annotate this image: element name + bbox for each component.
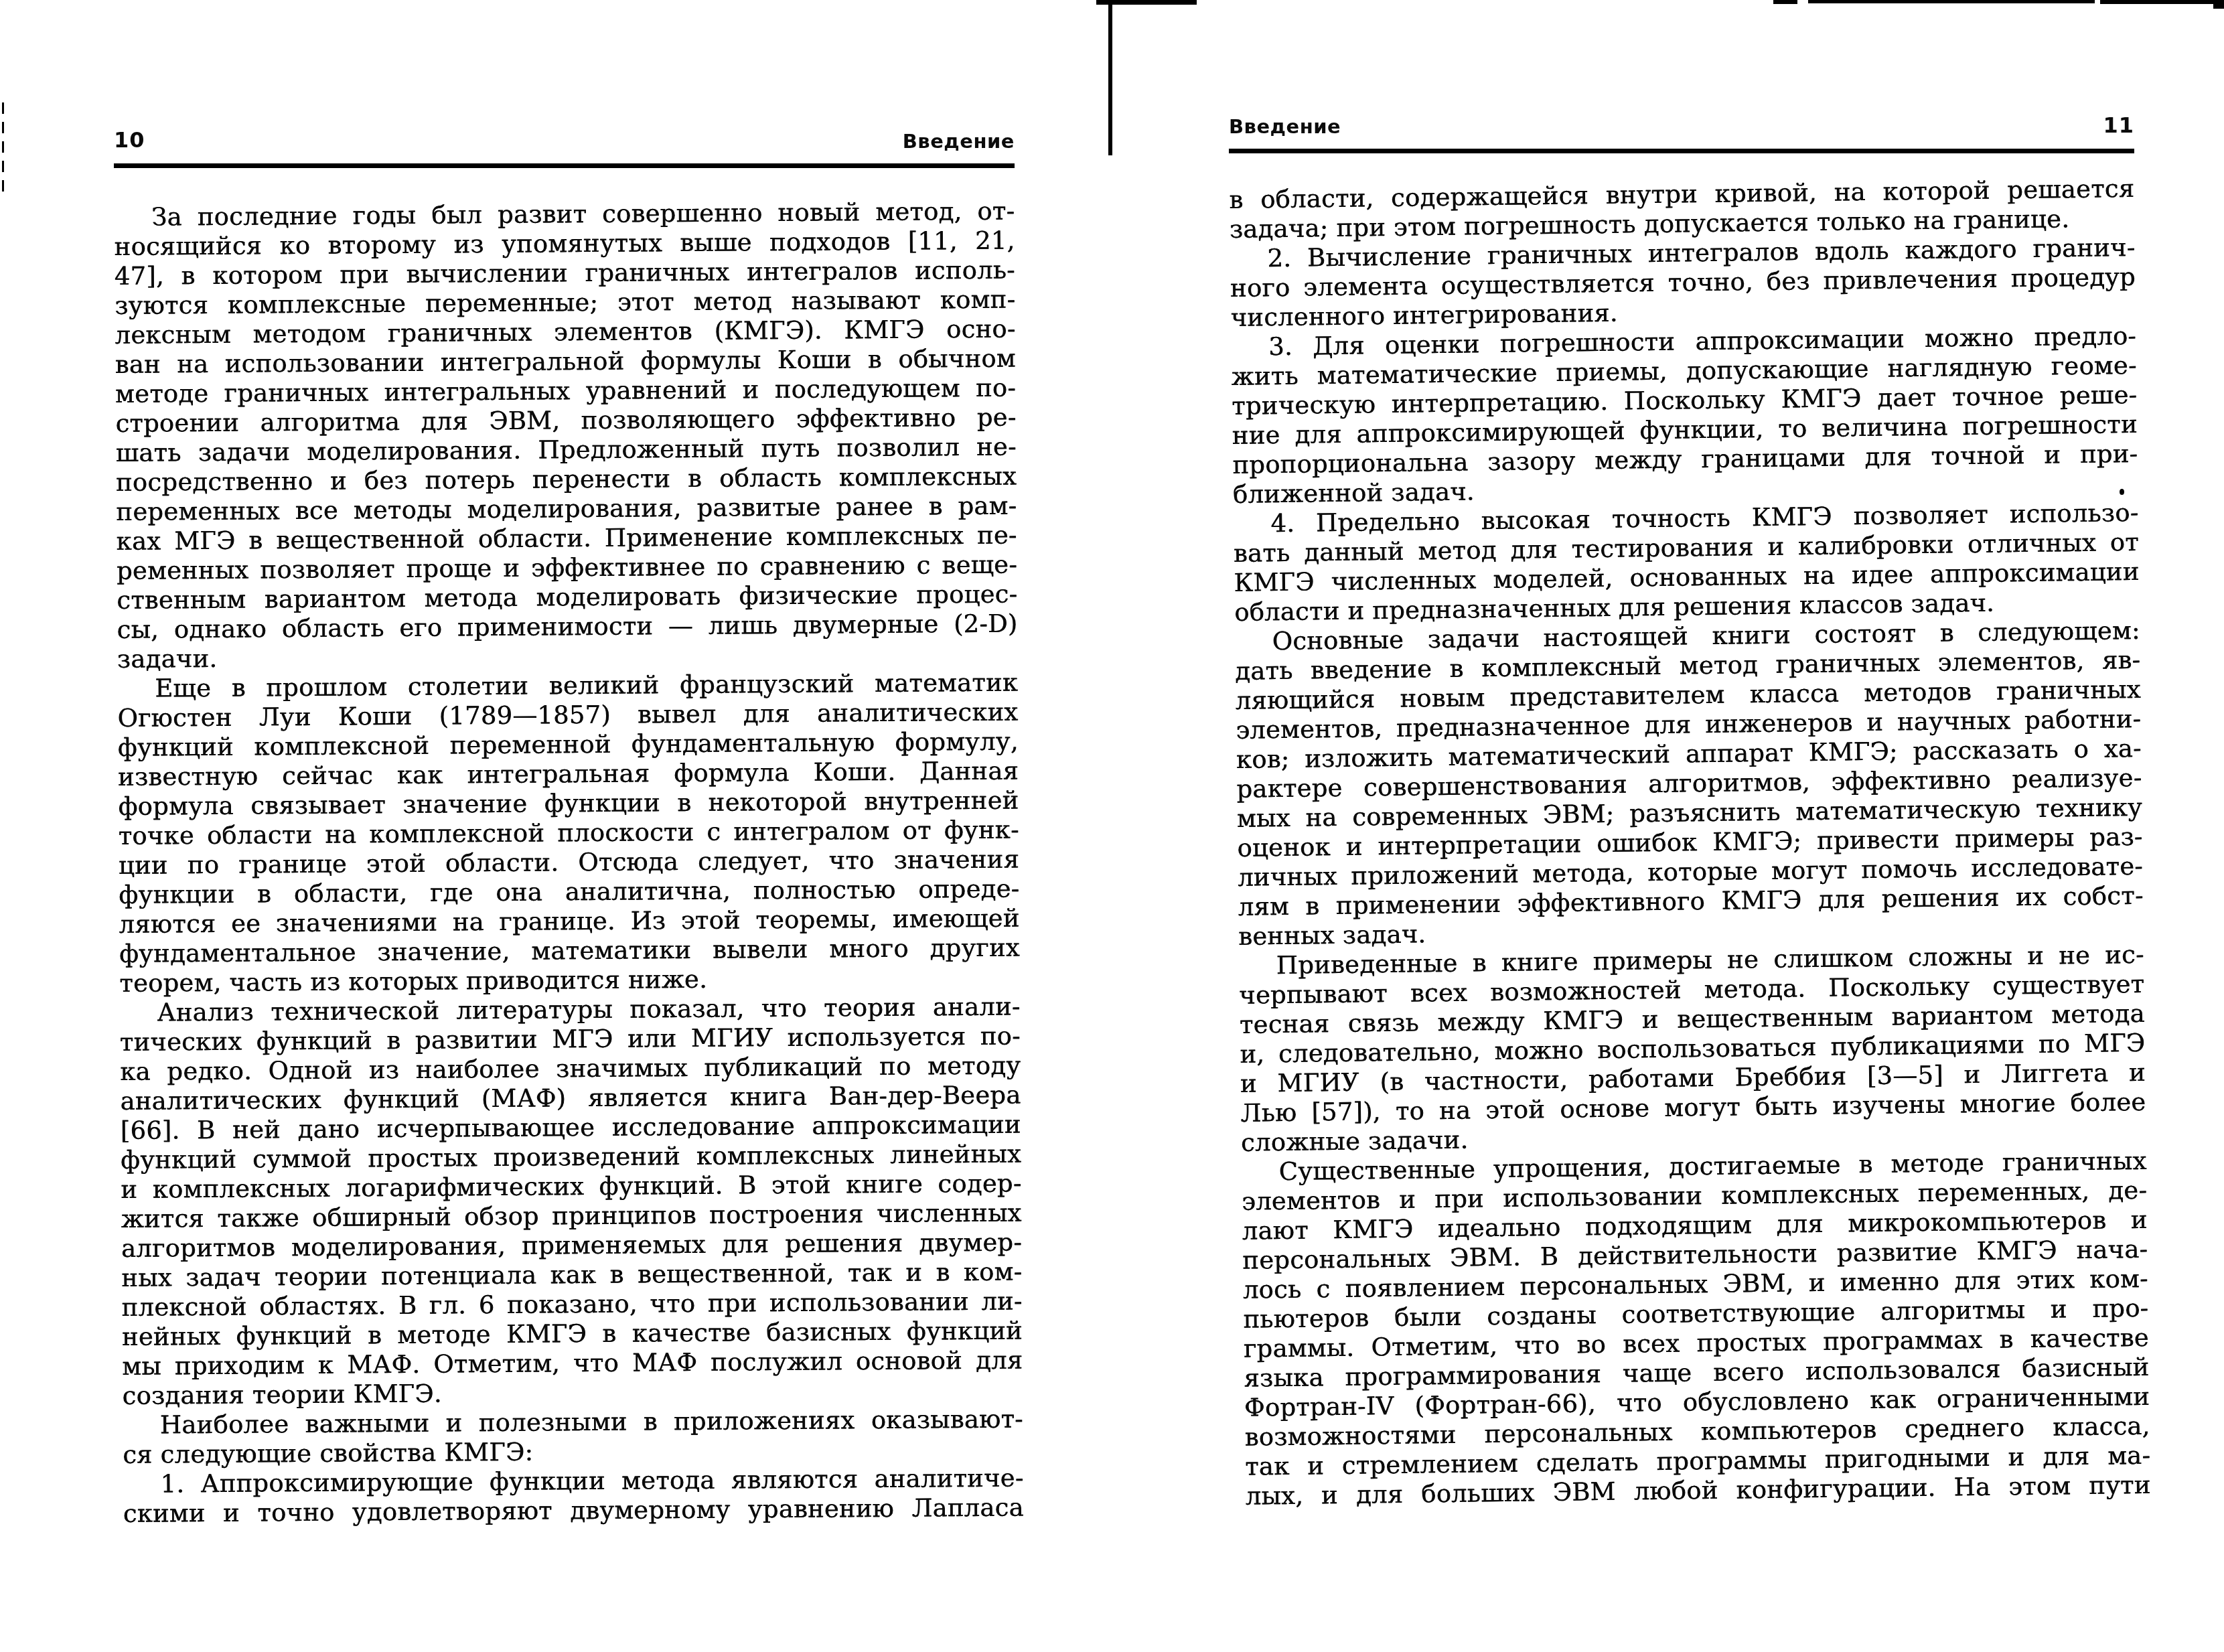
paragraph: Основные задачи настоящей книги состоят … xyxy=(1234,616,2144,952)
spine-shadow-vertical-mark xyxy=(1108,0,1112,155)
text-line: скими и точно удовлетворяют двумерному у… xyxy=(123,1493,1024,1529)
left-page: 10 Введение За последние годы был развит… xyxy=(114,127,1015,1529)
right-page-body: в области, содержащейся внутри кривой, н… xyxy=(1229,174,2151,1511)
paragraph: Анализ технической литературы показал, ч… xyxy=(119,992,1023,1411)
left-running-head: Введение xyxy=(903,130,1015,153)
paragraph: 2. Вычисление граничных интегралов вдоль… xyxy=(1230,233,2136,333)
left-header-rule xyxy=(114,163,1015,168)
text-line: Наиболее важными и полезными в приложени… xyxy=(123,1405,1023,1440)
paragraph: 1. Аппроксимирующие функции метода являю… xyxy=(123,1464,1024,1529)
paragraph: Приведенные в книге примеры не слишком с… xyxy=(1238,940,2146,1158)
paragraph: в области, содержащейся внутри кривой, н… xyxy=(1229,174,2135,244)
top-edge-scratch-segment xyxy=(2100,0,2224,4)
paragraph: 4. Предельно высокая точность КМГЭ позво… xyxy=(1233,498,2140,627)
top-right-corner-tick xyxy=(2213,0,2224,9)
right-page: Введение 11 в области, содержащейся внут… xyxy=(1229,112,2134,1511)
right-page-header: Введение 11 xyxy=(1229,112,2134,138)
paragraph: Наиболее важными и полезными в приложени… xyxy=(123,1405,1024,1470)
text-line: фундаментальное значение, математики выв… xyxy=(119,933,1020,969)
left-page-header: 10 Введение xyxy=(114,127,1015,153)
right-running-head: Введение xyxy=(1229,115,1341,138)
book-scan-spread: 10 Введение За последние годы был развит… xyxy=(0,0,2224,1652)
paragraph: Еще в прошлом столетии великий французск… xyxy=(117,668,1020,998)
left-edge-dash-marks xyxy=(2,102,4,194)
left-page-number: 10 xyxy=(114,127,145,153)
left-page-body: За последние годы был развит совершенно … xyxy=(114,197,1024,1529)
text-line: мы приходим к МАФ. Отметим, что МАФ посл… xyxy=(122,1346,1023,1381)
text-line: сы, однако область его применимости — ли… xyxy=(117,609,1017,645)
paragraph: За последние годы был развит совершенно … xyxy=(114,197,1018,674)
top-edge-scratch-segment xyxy=(1773,0,1797,4)
top-edge-scratch-segment xyxy=(1808,0,2095,3)
paragraph: 3. Для оценки погрешности аппроксимации … xyxy=(1231,321,2138,510)
right-header-rule xyxy=(1229,149,2134,153)
paragraph: Существенные упрощения, достигаемые в ме… xyxy=(1241,1146,2151,1511)
right-page-number: 11 xyxy=(2103,112,2134,138)
